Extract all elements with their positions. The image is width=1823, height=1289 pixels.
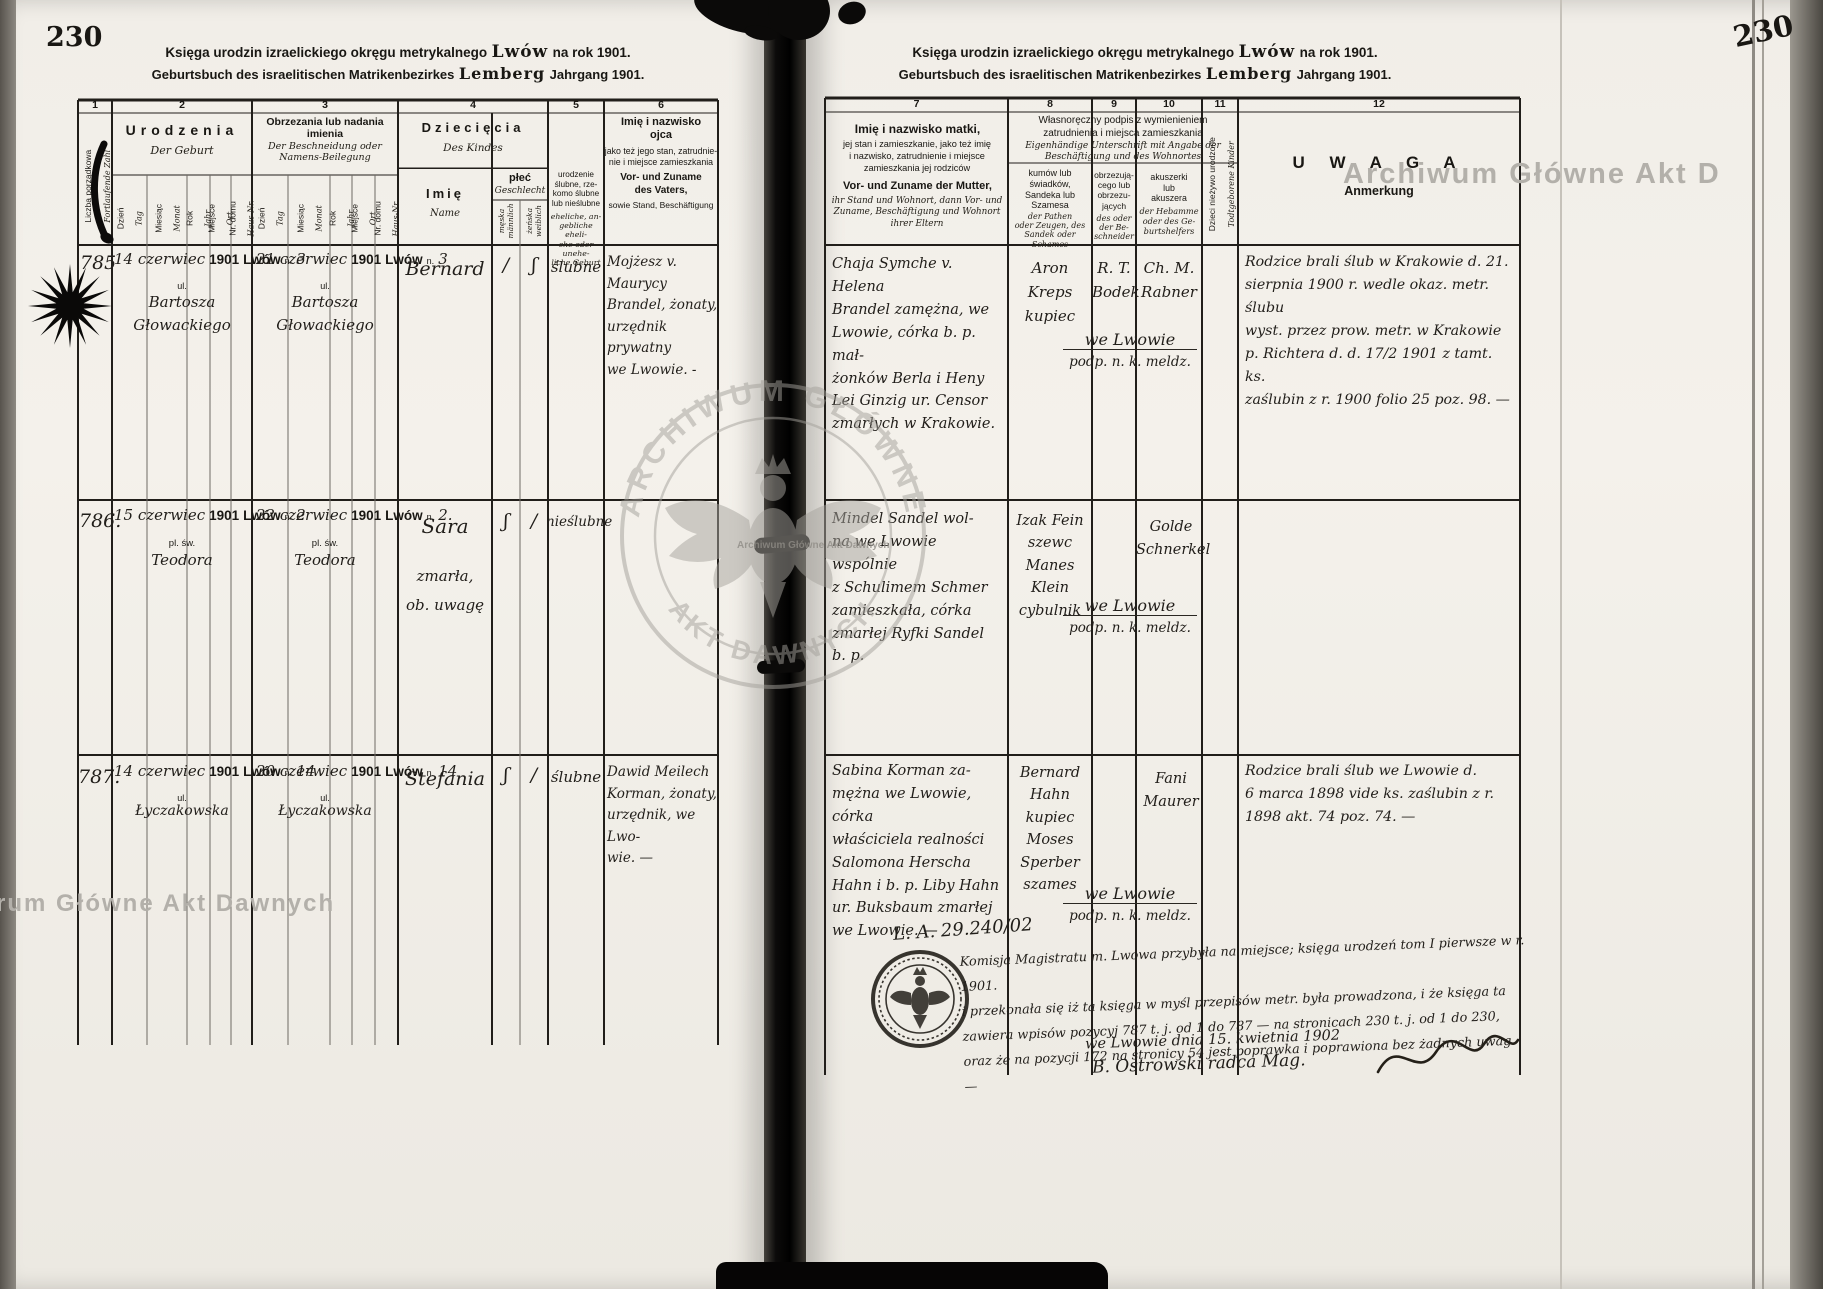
circ-year-stamp: 1901 [351, 764, 381, 779]
row-787-child-name: Stefania [398, 768, 492, 790]
street-label: ul. [112, 281, 252, 291]
circ-day-month: 20 czerwiec [256, 762, 347, 780]
row-786-signature-note: podp. n. k. meldz. [1035, 620, 1225, 636]
row-787-legitimacy: ślubne [548, 768, 604, 786]
col-number-5: 5 [548, 99, 604, 111]
row-786-child-name: Sara [398, 514, 492, 538]
birth-day-month: 14 czerwiec [114, 762, 205, 780]
signature-squiggle-icon [1372, 1028, 1522, 1088]
col4-label-pl: Dziecięcia [398, 120, 548, 135]
row-785-signature-place: we Lwowie [1040, 330, 1220, 350]
row-787-remark: Rodzice brali ślub we Lwowie d. 6 marca … [1245, 760, 1517, 829]
row-786-circ-street: pl. św. Teodora [252, 538, 398, 572]
circ-year-stamp: 1901 [351, 252, 381, 267]
row-785-sex-female-mark: ʃ [520, 254, 548, 276]
row-787-midwife: Fani Maurer [1136, 768, 1206, 814]
col10-label-pl: akuszerki lub akuszera [1136, 172, 1202, 204]
title-pl-prefix: Księga urodzin izraelickiego okręgu metr… [912, 45, 1234, 60]
col-number-10: 10 [1136, 98, 1202, 110]
title-de-city: Lemberg [1206, 64, 1292, 83]
circ-day-month: 21 czerwiec [256, 250, 347, 268]
title-pl-city: Lwów [492, 42, 549, 62]
col11-header: Dzieci nieżywo urodzone Todtgeborene Kin… [1201, 119, 1239, 249]
sub-pl: Miejsce [350, 204, 360, 233]
row-785-circ-street: ul. Bartosza Głowackiego [252, 281, 398, 338]
sex-label-de: Geschlecht [492, 186, 548, 196]
street-label: ul. [252, 281, 398, 291]
col11-label-de: Todtgeborene Kinder [1227, 141, 1236, 227]
row-786-midwife: Golde Schnerkel [1136, 516, 1206, 562]
col7-label-de-bold: Vor- und Zuname der Mutter, [830, 180, 1005, 192]
title-pl-suffix: na rok 1901. [553, 45, 631, 60]
col4-label-de: Des Kindes [398, 142, 548, 154]
col-number-8: 8 [1008, 98, 1092, 110]
circ-year-stamp: 1901 [351, 508, 381, 523]
row-785-circumciser: R. T. Bodek [1092, 256, 1136, 304]
name-label-de: Name [398, 208, 492, 219]
row-785-child-name: Bernard [398, 258, 492, 280]
col9-label-de: des oder der Be- schneider [1092, 214, 1136, 242]
row-785-signature-note: podp. n. k. meldz. [1035, 354, 1225, 370]
col-number-1: 1 [78, 99, 112, 111]
row-785-midwife: Ch. M. Rabner [1136, 256, 1202, 304]
sub-pl: Rok [185, 211, 195, 226]
register-title-right: Księga urodzin izraelickiego okręgu metr… [855, 42, 1435, 84]
row-786-sex-male-mark: ʃ [492, 510, 520, 532]
col2-label-pl: Urodzenia [112, 122, 252, 138]
name-label-pl: Imię [398, 186, 492, 201]
sub-pl: Miesiąc [296, 204, 306, 233]
col-number-4: 4 [398, 99, 548, 111]
row-786-child-note: zmarła, ob. uwagę [398, 562, 492, 619]
col7-label-de: ihr Stand und Wohnort, dann Vor- und Zun… [828, 196, 1006, 230]
col6-label-de-bold: Vor- und Zuname des Vaters, [604, 172, 718, 197]
signature-place-text: we Lwowie [1063, 596, 1197, 616]
pen-flourish-icon [80, 140, 124, 250]
col2-label-de: Der Geburt [112, 144, 252, 157]
birth-day-month: 14 czerwiec [114, 250, 205, 268]
row-787-mother: Sabina Korman za- mężna we Lwowie, córka… [832, 760, 1008, 943]
sub-pl: Nr. domu [373, 201, 383, 236]
row-785-sex-male-mark: / [492, 254, 520, 276]
register-scan: 230 230 Księga urodzin izraelickiego okr… [0, 0, 1823, 1289]
title-de-suffix: Jahrgang 1901. [550, 67, 645, 82]
birth-year-stamp: 1901 [209, 508, 239, 523]
street-name: Łyczakowska [112, 803, 252, 819]
col8-label-pl: kumów lub świadków, Sandeka lub Szamesa [1008, 168, 1092, 211]
title-pl-city: Lwów [1239, 42, 1296, 62]
street-name: Bartosza Głowackiego [252, 291, 398, 338]
register-title-left: Księga urodzin izraelickiego okręgu metr… [120, 42, 676, 84]
sex-female-label: żeńska weiblich [525, 199, 543, 243]
sub-de: Tag [135, 211, 144, 226]
birth-day-month: 15 czerwiec [114, 506, 205, 524]
signature-place-text: we Lwowie [1063, 884, 1197, 904]
circ-day-month: 22 czerwiec [256, 506, 347, 524]
row-787-father: Dawid Meilech Korman, żonaty, urzędnik, … [607, 762, 719, 870]
col10-label-de: der Hebamme oder des Ge- burtshelfers [1136, 207, 1202, 237]
title-de-prefix: Geburtsbuch des israelitischen Matrikenb… [899, 67, 1202, 82]
row-786-signature-place: we Lwowie [1040, 596, 1220, 616]
sub-pl: Dzień [257, 208, 267, 230]
col-number-11: 11 [1202, 98, 1238, 110]
street-label: pl. św. [252, 538, 398, 549]
sub-pl: Rok [328, 211, 338, 226]
col-number-6: 6 [604, 99, 718, 111]
round-eagle-stamp-icon [866, 945, 974, 1053]
col6-label-de: sowie Stand, Beschäftigung [604, 200, 718, 210]
row-786-sex-female-mark: / [520, 510, 548, 532]
col11-label-pl: Dzieci nieżywo urodzone [1207, 137, 1217, 231]
watermark-center-small: Archiwum Główne Akt Dawnych [737, 540, 889, 551]
row-785-remark: Rodzice brali ślub w Krakowie d. 21. sie… [1245, 251, 1517, 412]
sub-de: Tag [276, 211, 285, 226]
row-787-signature-note: podp. n. k. meldz. [1035, 908, 1225, 924]
watermark-eagle [665, 454, 881, 618]
col-number-12: 12 [1238, 98, 1520, 110]
title-de-suffix: Jahrgang 1901. [1297, 67, 1392, 82]
col6-label-pl: jako też jego stan, zatrudnie- nie i mie… [604, 146, 718, 168]
row-787-witnesses: Bernard Hahn kupiec Moses Sperber szames [1010, 762, 1090, 897]
page-number-left: 230 [46, 22, 102, 53]
col7-label-pl: jej stan i zamieszkanie, jako też imię i… [828, 139, 1006, 175]
street-label: ul. [112, 793, 252, 803]
watermark-bottom-left-partial: rum Główne Akt Dawnych [0, 890, 335, 918]
col8-label-de: der Pathen oder Zeugen, des Sandek oder … [1008, 212, 1092, 249]
row-787-signature-place: we Lwowie [1040, 884, 1220, 904]
row-786-birth-street: pl. św. Teodora [112, 538, 252, 572]
col-number-2: 2 [112, 99, 252, 111]
row-786-legitimacy: nieślubne [546, 514, 606, 530]
title-pl-suffix: na rok 1901. [1300, 45, 1378, 60]
signature-place-text: we Lwowie [1063, 330, 1197, 350]
street-label: ul. [252, 793, 398, 803]
col3-label-pl: Obrzezania lub nadania imienia [252, 116, 398, 140]
col7-label-pl-bold: Imię i nazwisko matki, [830, 122, 1005, 136]
street-label: pl. św. [112, 538, 252, 549]
sub-pl: Miejsce [207, 204, 217, 233]
col6-label-pl-bold: Imię i nazwisko ojca [604, 116, 718, 142]
col3-label-de: Der Beschneidung oder Namens-Beilegung [252, 141, 398, 164]
archive-watermark-emblem: ARCHIWUM GŁÓWNE AKT DAWNYCH [603, 360, 943, 712]
col9-label-pl: obrzezują- cego lub obrzezu- jących [1092, 170, 1136, 211]
street-name: Teodora [252, 549, 398, 572]
sex-label-pl: płeć [492, 172, 548, 184]
street-name: Teodora [112, 549, 252, 572]
row-785-birth-street: ul. Bartosza Głowackiego [112, 281, 252, 338]
col5-label-pl: urodzenie ślubne, rze- komo ślubne lub n… [548, 170, 604, 209]
col-number-3: 3 [252, 99, 398, 111]
sex-male-label: męska männlich [497, 199, 515, 243]
row-787-birth-street: ul. Łyczakowska [112, 793, 252, 819]
col-number-7: 7 [825, 98, 1008, 110]
title-de-city: Lemberg [459, 64, 545, 83]
title-de-prefix: Geburtsbuch des israelitischen Matrikenb… [152, 67, 455, 82]
sub-pl: Miesiąc [154, 204, 164, 233]
birth-year-stamp: 1901 [209, 764, 239, 779]
row-787-sex-male-mark: ʃ [492, 764, 520, 786]
street-name: Łyczakowska [252, 803, 398, 819]
row-785-legitimacy: ślubne [548, 258, 604, 276]
row-785-witnesses: Aron Kreps kupiec [1010, 256, 1090, 328]
row-787-circ-street: ul. Łyczakowska [252, 793, 398, 819]
row-787-sex-female-mark: / [520, 764, 548, 786]
sixteen-point-ink-star-icon [28, 260, 116, 354]
title-pl-prefix: Księga urodzin izraelickiego okręgu metr… [165, 45, 487, 60]
sub-pl: Nr. domu [228, 201, 238, 236]
birth-year-stamp: 1901 [209, 252, 239, 267]
watermark-right-partial: Archiwum Główne Akt D [1343, 158, 1721, 191]
street-name: Bartosza Głowackiego [112, 291, 252, 338]
col-number-9: 9 [1092, 98, 1136, 110]
circ-sub-day: DzieńTag [252, 186, 289, 250]
